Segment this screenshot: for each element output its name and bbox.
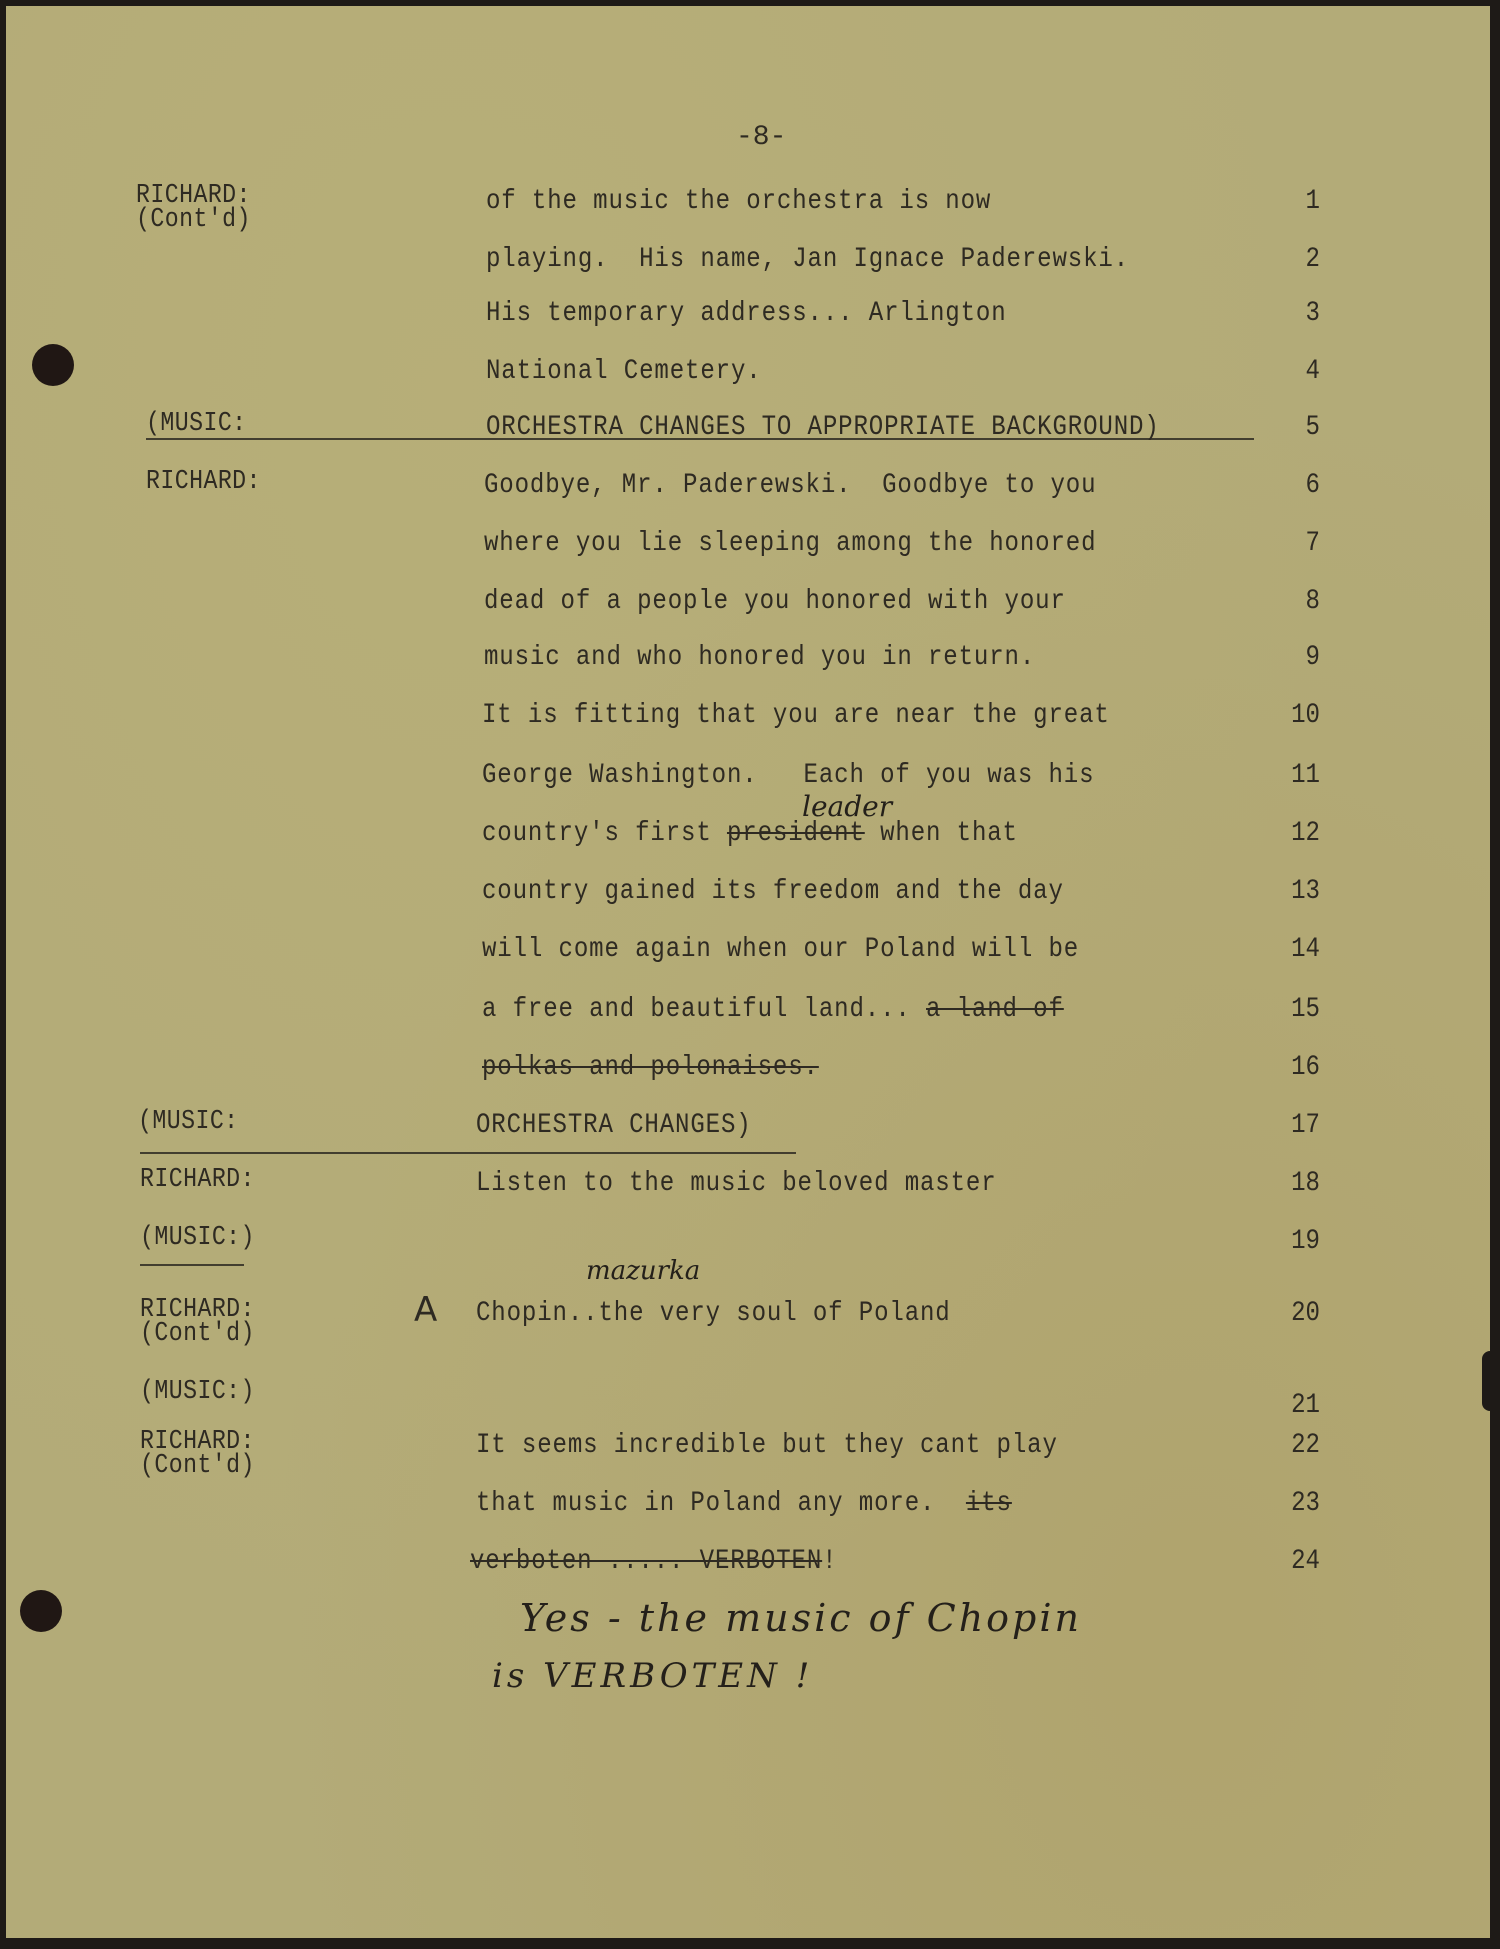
- line-number: 1: [1268, 186, 1320, 217]
- script-line: It is fitting that you are near the grea…: [6, 700, 1490, 740]
- speaker-label: RICHARD:: [140, 1168, 255, 1192]
- script-line: (MUSIC: ORCHESTRA CHANGES) 17: [6, 1110, 1490, 1150]
- line-number: 5: [1268, 412, 1320, 443]
- script-line: (MUSIC: ORCHESTRA CHANGES TO APPROPRIATE…: [6, 412, 1490, 452]
- script-line: where you lie sleeping among the honored…: [6, 528, 1490, 568]
- struck-text: verboten ..... VERBOTEN: [470, 1546, 822, 1577]
- script-page: -8- RICHARD: (Cont'd) of the music the o…: [6, 6, 1490, 1938]
- text-after: when that: [865, 818, 1018, 849]
- line-number: 15: [1268, 994, 1320, 1025]
- line-text: verboten ..... VERBOTEN!: [470, 1546, 837, 1577]
- handwritten-note-line-1: Yes - the music of Chopin: [520, 1596, 1082, 1640]
- handwritten-insert: mazurka: [586, 1256, 700, 1286]
- line-number: 14: [1268, 934, 1320, 965]
- line-text: Chopin..the very soul of Poland: [476, 1298, 951, 1329]
- line-number: 8: [1268, 586, 1320, 617]
- script-line: RICHARD: Goodbye, Mr. Paderewski. Goodby…: [6, 470, 1490, 510]
- punch-hole-bottom: [20, 1590, 62, 1632]
- line-text: National Cemetery.: [486, 356, 762, 387]
- music-cue-underline: [140, 1264, 244, 1266]
- line-number: 19: [1268, 1226, 1320, 1257]
- text-after: !: [822, 1546, 837, 1577]
- margin-mark: A: [414, 1290, 437, 1330]
- line-text: It is fitting that you are near the grea…: [482, 700, 1110, 731]
- script-line: a free and beautiful land... a land of 1…: [6, 994, 1490, 1034]
- script-line: country gained its freedom and the day 1…: [6, 876, 1490, 916]
- speaker-label: RICHARD: (Cont'd): [136, 184, 251, 232]
- contd-label: (Cont'd): [140, 1454, 255, 1478]
- text-after: the very soul of Poland: [598, 1298, 950, 1329]
- script-line: His temporary address... Arlington 3: [6, 298, 1490, 338]
- script-line: National Cemetery. 4: [6, 356, 1490, 396]
- line-text: country's first president when that: [482, 818, 1018, 849]
- line-number: 18: [1268, 1168, 1320, 1199]
- text-before: Chopin..: [476, 1298, 598, 1329]
- line-text: His temporary address... Arlington: [486, 298, 1007, 329]
- line-number: 23: [1268, 1488, 1320, 1519]
- line-text: of the music the orchestra is now: [486, 186, 991, 217]
- script-line: leader country's first president when th…: [6, 818, 1490, 858]
- script-line: dead of a people you honored with your 8: [6, 586, 1490, 626]
- line-number: 3: [1268, 298, 1320, 329]
- line-text: George Washington. Each of you was his: [482, 760, 1094, 791]
- line-number: 9: [1268, 642, 1320, 673]
- music-cue-underline: [146, 438, 1254, 440]
- line-number: 11: [1268, 760, 1320, 791]
- line-number: 6: [1268, 470, 1320, 501]
- speaker-label: RICHARD: (Cont'd): [140, 1298, 255, 1346]
- script-line: music and who honored you in return. 9: [6, 642, 1490, 682]
- line-number: 10: [1268, 700, 1320, 731]
- speaker-label: (MUSIC:): [140, 1380, 255, 1404]
- line-number: 16: [1268, 1052, 1320, 1083]
- speaker-label: (MUSIC:): [140, 1226, 255, 1250]
- line-text: playing. His name, Jan Ignace Paderewski…: [486, 244, 1129, 275]
- text-before: a free and beautiful land...: [482, 994, 926, 1025]
- line-text: a free and beautiful land... a land of: [482, 994, 1064, 1025]
- script-line: that music in Poland any more. its 23: [6, 1488, 1490, 1528]
- script-line: (MUSIC:) 21: [6, 1380, 1490, 1420]
- contd-label: (Cont'd): [136, 208, 251, 232]
- line-text: dead of a people you honored with your: [484, 586, 1066, 617]
- line-number: 13: [1268, 876, 1320, 907]
- script-line: RICHARD: (Cont'd) It seems incredible bu…: [6, 1430, 1490, 1470]
- struck-text: its: [966, 1488, 1012, 1519]
- script-line: will come again when our Poland will be …: [6, 934, 1490, 974]
- line-text: Goodbye, Mr. Paderewski. Goodbye to you: [484, 470, 1096, 501]
- line-text: music and who honored you in return.: [484, 642, 1035, 673]
- speaker-label: (MUSIC:: [146, 412, 247, 436]
- script-line: verboten ..... VERBOTEN! 24: [6, 1546, 1490, 1586]
- line-number: 4: [1268, 356, 1320, 387]
- script-line: RICHARD: (Cont'd) of the music the orche…: [6, 186, 1490, 226]
- struck-text: a land of: [926, 994, 1064, 1025]
- script-line: George Washington. Each of you was his 1…: [6, 760, 1490, 800]
- handwritten-note-line-2: is VERBOTEN !: [492, 1656, 813, 1696]
- speaker-label: RICHARD: (Cont'd): [140, 1430, 255, 1478]
- line-text: Listen to the music beloved master: [476, 1168, 997, 1199]
- line-text: ORCHESTRA CHANGES): [476, 1110, 752, 1141]
- text-before: that music in Poland any more.: [476, 1488, 966, 1519]
- line-text: country gained its freedom and the day: [482, 876, 1064, 907]
- struck-text: polkas and polonaises.: [482, 1052, 819, 1083]
- text-before: country's first: [482, 818, 727, 849]
- line-text: where you lie sleeping among the honored: [484, 528, 1096, 559]
- script-line: RICHARD: Listen to the music beloved mas…: [6, 1168, 1490, 1208]
- line-number: 21: [1268, 1390, 1320, 1421]
- music-cue-underline: [140, 1152, 796, 1154]
- speaker-label: RICHARD:: [146, 470, 261, 494]
- speaker-label: (MUSIC:: [138, 1110, 239, 1134]
- script-line: RICHARD: (Cont'd) A mazurka Chopin..the …: [6, 1298, 1490, 1338]
- line-text: will come again when our Poland will be: [482, 934, 1079, 965]
- line-number: 7: [1268, 528, 1320, 559]
- script-line: (MUSIC:) 19: [6, 1226, 1490, 1266]
- page-number: -8-: [736, 122, 786, 153]
- line-number: 17: [1268, 1110, 1320, 1141]
- script-line: polkas and polonaises. 16: [6, 1052, 1490, 1092]
- line-number: 12: [1268, 818, 1320, 849]
- line-number: 20: [1268, 1298, 1320, 1329]
- line-number: 24: [1268, 1546, 1320, 1577]
- line-text: that music in Poland any more. its: [476, 1488, 1012, 1519]
- struck-text: president: [727, 818, 865, 849]
- line-number: 22: [1268, 1430, 1320, 1461]
- line-number: 2: [1268, 244, 1320, 275]
- line-text: It seems incredible but they cant play: [476, 1430, 1058, 1461]
- contd-label: (Cont'd): [140, 1322, 255, 1346]
- script-line: playing. His name, Jan Ignace Paderewski…: [6, 244, 1490, 284]
